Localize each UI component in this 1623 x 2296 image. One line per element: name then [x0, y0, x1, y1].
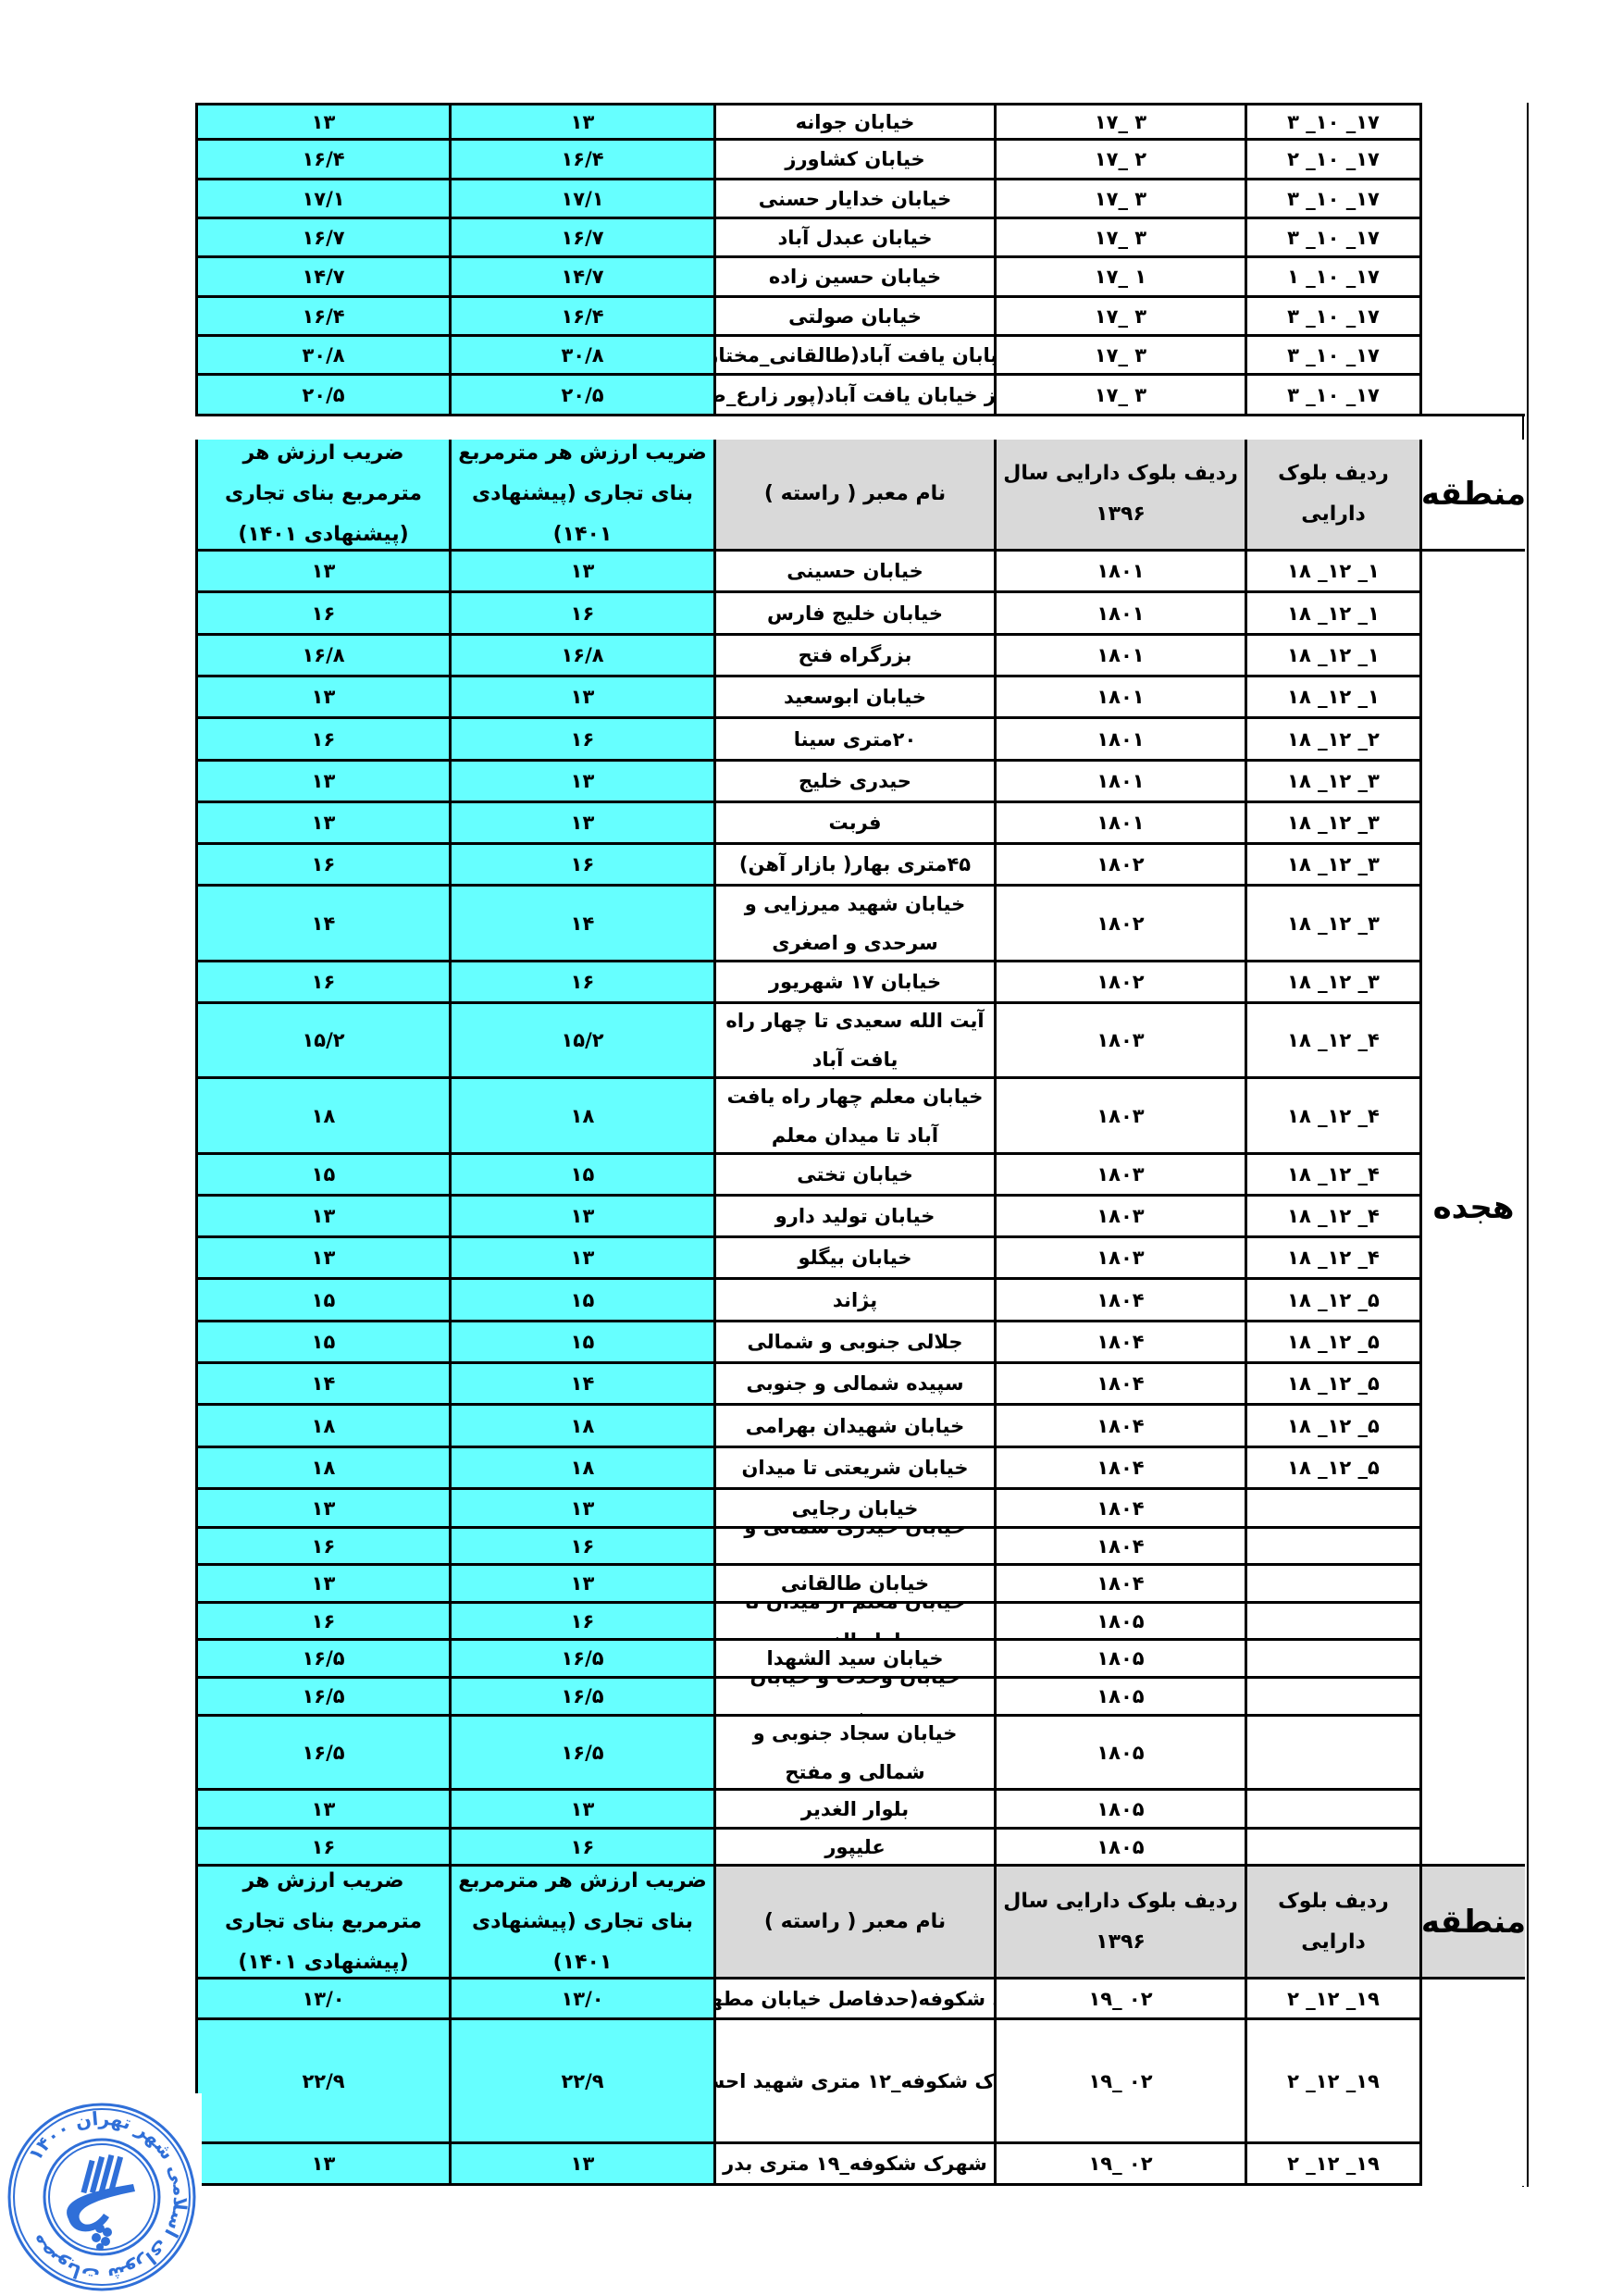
block-row: ۲ _۱۲ _۱۹: [1247, 2020, 1422, 2144]
coef-value-a: ۱۴: [195, 1364, 452, 1406]
coef-value-b: ۱۴: [452, 887, 716, 962]
street-name: جلالی جنوبی و شمالی: [716, 1322, 997, 1364]
coef-value-a: ۱۵: [195, 1322, 452, 1364]
stamp-seal-icon: مصوبات شورای اسلامی شهر تهران ۱۴۰۰: [4, 2099, 200, 2295]
coef-value-a: ۱۳: [195, 677, 452, 719]
table-row: ۱۸۱۸خیابان شهیدان بهرامی۱۸۰۴۱۸ _۱۲ _۵: [195, 1406, 1422, 1448]
block-row: [1247, 1641, 1422, 1679]
coef-value-a: ۱۳/۰: [195, 1980, 452, 2020]
coef-value-b: ۱۳: [452, 1238, 716, 1280]
coef-value-b: ۱۳: [452, 1791, 716, 1830]
street-name: حیدری خلیج: [716, 762, 997, 803]
coef-value-a: ۲۲/۹: [195, 2020, 452, 2144]
coef-value-b: ۱۸: [452, 1448, 716, 1490]
street-name: خیابان ابوسعید: [716, 677, 997, 719]
table-row: ۱۶۱۶خیابان ۱۷ شهریور۱۸۰۲۱۸ _۱۲ _۳: [195, 962, 1422, 1004]
block-row: [1247, 1566, 1422, 1604]
coef-value-a: ۱۶: [195, 593, 452, 636]
table-row: ۱۶۱۶۲۰متری سینا۱۸۰۱۱۸ _۱۲ _۲: [195, 719, 1422, 762]
block-row: ۲ _۱۰ _۱۷: [1247, 141, 1422, 180]
block-row-1396: ۱۷_ ۳: [997, 180, 1247, 219]
street-name: خیابان تولید دارو: [716, 1197, 997, 1238]
coef-value-b: ۱۳/۰: [452, 1980, 716, 2020]
block-row: ۳ _۱۰ _۱۷: [1247, 376, 1422, 416]
block-row: ۱ _۱۰ _۱۷: [1247, 258, 1422, 298]
coef-value-a: ۱۷/۱: [195, 180, 452, 219]
council-stamp: مصوبات شورای اسلامی شهر تهران ۱۴۰۰: [0, 2093, 202, 2296]
coef-value-a: ۱۵: [195, 1155, 452, 1197]
block-row: ۱۸ _۱۲ _۵: [1247, 1280, 1422, 1322]
block-row: ۱۸ _۱۲ _۱: [1247, 593, 1422, 636]
table-row: ۱۳۱۳خیابان جوانه۱۷_ ۳۳ _۱۰ _۱۷: [195, 103, 1422, 141]
coef-value-a: ۱۸: [195, 1406, 452, 1448]
block-row: ۱۸ _۱۲ _۴: [1247, 1004, 1422, 1079]
block-row-1396: ۱۷_ ۳: [997, 219, 1247, 258]
table-row: ۲۲/۹۲۲/۹شهرک شکوفه_۱۲ متری شهید احسانی۱۹…: [195, 2020, 1422, 2144]
block-row: ۱۸ _۱۲ _۳: [1247, 762, 1422, 803]
coef-value-b: ۱۶/۵: [452, 1717, 716, 1791]
street-name: خیابان صولتی: [716, 298, 997, 337]
block-row-1396: ۱۸۰۴: [997, 1566, 1247, 1604]
header-coef-b: ضریب ارزش هر مترمربع بنای تجاری (پیشنهاد…: [452, 440, 716, 552]
coef-value-a: ۱۳: [195, 1238, 452, 1280]
header-block-row-1396: ردیف بلوک دارایی سال ۱۳۹۶: [997, 1867, 1247, 1980]
block-row-1396: ۱۷_ ۱: [997, 258, 1247, 298]
block-row: ۳ _۱۰ _۱۷: [1247, 180, 1422, 219]
block-row: ۳ _۱۰ _۱۷: [1247, 219, 1422, 258]
table-row: ۱۶۱۶۴۵متری بهار( بازار آهن)۱۸۰۲۱۸ _۱۲ _۳: [195, 845, 1422, 887]
block-row-1396: ۱۸۰۴: [997, 1364, 1247, 1406]
block-row: [1247, 1679, 1422, 1717]
block-row: ۳ _۱۰ _۱۷: [1247, 298, 1422, 337]
coef-value-b: ۱۳: [452, 552, 716, 593]
table-row: ۱۶/۵۱۶/۵خیابان سجاد جنوبی و شمالی و مفتح…: [195, 1717, 1422, 1791]
street-name: خیابان تختی: [716, 1155, 997, 1197]
street-name: خیابان خدایار حسنی: [716, 180, 997, 219]
table-row: ۱۵۱۵خیابان تختی۱۸۰۳۱۸ _۱۲ _۴: [195, 1155, 1422, 1197]
coef-value-a: ۱۳: [195, 1791, 452, 1830]
block-row-1396: ۱۸۰۱: [997, 677, 1247, 719]
table-row: ۱۳/۰۱۳/۰تری شکوفه(حدفاصل خیابان مطهری۱۹_…: [195, 1980, 1422, 2020]
coef-value-a: ۱۶/۵: [195, 1679, 452, 1717]
block-row-1396: ۱۹_ ۰۲: [997, 2144, 1247, 2186]
street-name: خیابان جوانه: [716, 103, 997, 141]
block-row-1396: ۱۹_ ۰۲: [997, 2020, 1247, 2144]
header-row: ضریب ارزش هر مترمربع بنای تجاری (پیشنهاد…: [195, 1867, 1422, 1980]
block-row-1396: ۱۷_ ۲: [997, 141, 1247, 180]
block-row-1396: ۱۸۰۳: [997, 1238, 1247, 1280]
block-row-1396: ۱۸۰۴: [997, 1280, 1247, 1322]
street-name: تری شکوفه(حدفاصل خیابان مطهری: [716, 1980, 997, 2020]
table-row: ۱۶/۸۱۶/۸بزرگراه فتح۱۸۰۱۱۸ _۱۲ _۱: [195, 636, 1422, 677]
zone-cell: هجده: [1422, 552, 1525, 1867]
street-name: آیت الله سعیدی تا چهار راه یافت آباد: [716, 1004, 997, 1079]
table-row: ۱۳۱۳خیابان تولید دارو۱۸۰۳۱۸ _۱۲ _۴: [195, 1197, 1422, 1238]
table-row: ۱۶۱۶خیابان خلیج فارس۱۸۰۱۱۸ _۱۲ _۱: [195, 593, 1422, 636]
table-row: ۱۶۱۶خیابان حیدری شمالی و جنوبی۱۸۰۴: [195, 1529, 1422, 1566]
coef-value-a: ۱۳: [195, 1490, 452, 1529]
block-row: ۱۸ _۱۲ _۵: [1247, 1364, 1422, 1406]
street-name: خیابان وحدت و خیابان صنعت: [716, 1679, 997, 1717]
header-block-row: ردیف بلوک دارایی: [1247, 1867, 1422, 1980]
block-row: ۱۸ _۱۲ _۱: [1247, 677, 1422, 719]
block-row: [1247, 1529, 1422, 1566]
block-row-1396: ۱۷_ ۳: [997, 337, 1247, 376]
street-name: خیابان حسینی: [716, 552, 997, 593]
block-row: ۳ _۱۰ _۱۷: [1247, 337, 1422, 376]
block-row: ۱۸ _۱۲ _۴: [1247, 1238, 1422, 1280]
street-name: خیابان معلم چهار راه یافت آباد تا میدان …: [716, 1079, 997, 1155]
table-row: ۱۸۱۸خیابان شریعتی تا میدان۱۸۰۴۱۸ _۱۲ _۵: [195, 1448, 1422, 1490]
coef-value-b: ۱۴: [452, 1364, 716, 1406]
coef-value-b: ۱۶: [452, 962, 716, 1004]
table-row: ۱۳۱۳خیابان بیگلو۱۸۰۳۱۸ _۱۲ _۴: [195, 1238, 1422, 1280]
block-row-1396: ۱۸۰۴: [997, 1448, 1247, 1490]
table-row: ۱۵/۲۱۵/۲آیت الله سعیدی تا چهار راه یافت …: [195, 1004, 1422, 1079]
block-row: [1247, 1717, 1422, 1791]
street-name: فربت: [716, 803, 997, 845]
table-row: ۳۰/۸۳۰/۸ز خیابان یافت آباد(طالقانی_مختار…: [195, 337, 1422, 376]
table-row: ۱۳۱۳حیدری خلیج۱۸۰۱۱۸ _۱۲ _۳: [195, 762, 1422, 803]
block-row-1396: ۱۸۰۳: [997, 1004, 1247, 1079]
block-row-1396: ۱۸۰۳: [997, 1197, 1247, 1238]
block-row: [1247, 1830, 1422, 1867]
table-row: ۱۶/۷۱۶/۷خیابان عبدل آباد۱۷_ ۳۳ _۱۰ _۱۷: [195, 219, 1422, 258]
street-name: خیابان بیگلو: [716, 1238, 997, 1280]
coef-value-b: ۱۳: [452, 803, 716, 845]
coef-value-b: ۲۰/۵: [452, 376, 716, 416]
coef-value-a: ۱۳: [195, 803, 452, 845]
street-name: علیپور: [716, 1830, 997, 1867]
street-name: خیابان طالقانی: [716, 1566, 997, 1604]
block-row: ۱۸ _۱۲ _۳: [1247, 845, 1422, 887]
block-row-1396: ۱۸۰۱: [997, 636, 1247, 677]
coef-value-b: ۳۰/۸: [452, 337, 716, 376]
block-row-1396: ۱۸۰۴: [997, 1529, 1247, 1566]
coef-value-a: ۱۳: [195, 2144, 452, 2186]
coef-value-a: ۱۳: [195, 1197, 452, 1238]
coef-value-a: ۱۸: [195, 1448, 452, 1490]
block-row-1396: ۱۷_ ۳: [997, 376, 1247, 416]
coef-value-b: ۱۸: [452, 1079, 716, 1155]
coef-value-b: ۱۶/۸: [452, 636, 716, 677]
street-name: شهرک شکوفه_۱۹ متری بدر: [716, 2144, 997, 2186]
coef-value-b: ۱۶: [452, 1529, 716, 1566]
coef-value-a: ۱۶/۴: [195, 298, 452, 337]
header-coef-b: ضریب ارزش هر مترمربع بنای تجاری (پیشنهاد…: [452, 1867, 716, 1980]
coef-value-b: ۱۳: [452, 2144, 716, 2186]
coef-value-a: ۱۶/۵: [195, 1717, 452, 1791]
block-row-1396: ۱۸۰۱: [997, 593, 1247, 636]
table-row: ۱۳۱۳شهرک شکوفه_۱۹ متری بدر۱۹_ ۰۲۲ _۱۲ _۱…: [195, 2144, 1422, 2186]
block-row: ۱۸ _۱۲ _۱: [1247, 636, 1422, 677]
coef-value-a: ۱۶/۵: [195, 1641, 452, 1679]
coef-value-a: ۱۴/۷: [195, 258, 452, 298]
coef-value-a: ۱۴: [195, 887, 452, 962]
block-row-1396: ۱۸۰۵: [997, 1830, 1247, 1867]
table-row: ۱۶۱۶خیابان معلم از میدان تا بلوار الغدیر…: [195, 1604, 1422, 1641]
coef-value-b: ۱۴/۷: [452, 258, 716, 298]
coef-value-a: ۱۶: [195, 1529, 452, 1566]
block-row-1396: ۱۸۰۲: [997, 845, 1247, 887]
coef-value-a: ۱۳: [195, 103, 452, 141]
block-row-1396: ۱۷_ ۳: [997, 298, 1247, 337]
coef-value-b: ۲۲/۹: [452, 2020, 716, 2144]
table-row: ۱۶/۴۱۶/۴خیابان کشاورز۱۷_ ۲۲ _۱۰ _۱۷: [195, 141, 1422, 180]
coef-value-b: ۱۶/۵: [452, 1679, 716, 1717]
block-row-1396: ۱۸۰۵: [997, 1641, 1247, 1679]
block-row-1396: ۱۸۰۱: [997, 762, 1247, 803]
coef-value-a: ۳۰/۸: [195, 337, 452, 376]
table-row: ۱۵۱۵جلالی جنوبی و شمالی۱۸۰۴۱۸ _۱۲ _۵: [195, 1322, 1422, 1364]
coef-value-b: ۱۳: [452, 762, 716, 803]
block-row-1396: ۱۹_ ۰۲: [997, 1980, 1247, 2020]
coef-value-b: ۱۶: [452, 1830, 716, 1867]
block-row-1396: ۱۸۰۴: [997, 1406, 1247, 1448]
outer-border-line-2: [1527, 103, 1529, 2187]
street-name: خیابان شریعتی تا میدان: [716, 1448, 997, 1490]
coef-value-a: ۱۶/۸: [195, 636, 452, 677]
table-row: ۱۶۱۶علیپور۱۸۰۵: [195, 1830, 1422, 1867]
table-row: ۲۰/۵۲۰/۵ب از خیابان یافت آباد(پور زارع_ص…: [195, 376, 1422, 416]
coef-value-a: ۱۸: [195, 1079, 452, 1155]
block-row-1396: ۱۸۰۵: [997, 1791, 1247, 1830]
coef-value-a: ۱۳: [195, 1566, 452, 1604]
street-name: خیابان شهیدان بهرامی: [716, 1406, 997, 1448]
block-row: ۱۸ _۱۲ _۳: [1247, 803, 1422, 845]
coef-value-a: ۱۶/۴: [195, 141, 452, 180]
table-row: ۱۶/۵۱۶/۵خیابان وحدت و خیابان صنعت۱۸۰۵: [195, 1679, 1422, 1717]
block-row: ۲ _۱۲ _۱۹: [1247, 2144, 1422, 2186]
table-row: ۱۳۱۳خیابان حسینی۱۸۰۱۱۸ _۱۲ _۱: [195, 552, 1422, 593]
block-row: ۱۸ _۱۲ _۳: [1247, 887, 1422, 962]
street-name-text: ب از خیابان یافت آباد(پور زارع_صفر: [716, 376, 997, 415]
coef-value-b: ۱۶/۴: [452, 141, 716, 180]
table-row: ۱۳۱۳بلوار الغدیر۱۸۰۵: [195, 1791, 1422, 1830]
block-row-1396: ۱۸۰۲: [997, 887, 1247, 962]
coef-value-a: ۱۶: [195, 719, 452, 762]
coef-value-b: ۱۶: [452, 719, 716, 762]
coef-value-a: ۱۳: [195, 762, 452, 803]
street-name: ب از خیابان یافت آباد(پور زارع_صفر: [716, 376, 997, 416]
street-name-text: ز خیابان یافت آباد(طالقانی_مختاری_: [716, 337, 997, 375]
coef-value-a: ۱۶: [195, 1830, 452, 1867]
block-row: [1247, 1604, 1422, 1641]
coef-value-b: ۱۵: [452, 1155, 716, 1197]
block-row-1396: ۱۸۰۵: [997, 1717, 1247, 1791]
block-row: ۱۸ _۱۲ _۵: [1247, 1448, 1422, 1490]
block-row: ۱۸ _۱۲ _۵: [1247, 1406, 1422, 1448]
table-row: ۱۸۱۸خیابان معلم چهار راه یافت آباد تا می…: [195, 1079, 1422, 1155]
coef-value-a: ۱۵/۲: [195, 1004, 452, 1079]
block-row: ۱۸ _۱۲ _۵: [1247, 1322, 1422, 1364]
block-row-1396: ۱۸۰۱: [997, 552, 1247, 593]
header-coef-a: ضریب ارزش هر مترمربع بنای تجاری (پیشنهاد…: [195, 440, 452, 552]
coef-value-a: ۱۵: [195, 1280, 452, 1322]
street-name: خیابان سید الشهدا: [716, 1641, 997, 1679]
block-row-1396: ۱۷_ ۳: [997, 103, 1247, 141]
street-name: خیابان کشاورز: [716, 141, 997, 180]
coef-value-b: ۱۶/۵: [452, 1641, 716, 1679]
table-row: ۱۳۱۳خیابان طالقانی۱۸۰۴: [195, 1566, 1422, 1604]
street-name: ز خیابان یافت آباد(طالقانی_مختاری_: [716, 337, 997, 376]
street-name: خیابان سجاد جنوبی و شمالی و مفتح: [716, 1717, 997, 1791]
block-row: ۱۸ _۱۲ _۲: [1247, 719, 1422, 762]
coef-value-b: ۱۳: [452, 677, 716, 719]
block-row: [1247, 1490, 1422, 1529]
street-name: خیابان شهید میرزایی و سرحدی و اصغری: [716, 887, 997, 962]
street-name: خیابان معلم از میدان تا بلوار الغدیر: [716, 1604, 997, 1641]
coef-value-b: ۱۳: [452, 1197, 716, 1238]
block-row: ۱۸ _۱۲ _۱: [1247, 552, 1422, 593]
street-name: خیابان رجایی: [716, 1490, 997, 1529]
block-row-1396: ۱۸۰۳: [997, 1079, 1247, 1155]
header-row: ضریب ارزش هر مترمربع بنای تجاری (پیشنهاد…: [195, 440, 1422, 552]
coef-value-b: ۱۸: [452, 1406, 716, 1448]
coef-value-b: ۱۶/۷: [452, 219, 716, 258]
coef-value-a: ۱۳: [195, 552, 452, 593]
block-row: ۱۸ _۱۲ _۴: [1247, 1155, 1422, 1197]
coef-value-b: ۱۶: [452, 1604, 716, 1641]
zone-cell: [1422, 103, 1525, 416]
table-row: ۱۳۱۳فربت۱۸۰۱۱۸ _۱۲ _۳: [195, 803, 1422, 845]
coef-value-a: ۱۶: [195, 1604, 452, 1641]
street-name: شهرک شکوفه_۱۲ متری شهید احسانی: [716, 2020, 997, 2144]
table-row: ۱۴/۷۱۴/۷خیابان حسین زاده۱۷_ ۱۱ _۱۰ _۱۷: [195, 258, 1422, 298]
block-row-1396: ۱۸۰۱: [997, 719, 1247, 762]
table-row: ۱۶/۴۱۶/۴خیابان صولتی۱۷_ ۳۳ _۱۰ _۱۷: [195, 298, 1422, 337]
coef-value-a: ۱۶: [195, 845, 452, 887]
header-block-row-1396: ردیف بلوک دارایی سال ۱۳۹۶: [997, 440, 1247, 552]
table-row: ۱۷/۱۱۷/۱خیابان خدایار حسنی۱۷_ ۳۳ _۱۰ _۱۷: [195, 180, 1422, 219]
street-name: خیابان خلیج فارس: [716, 593, 997, 636]
coef-value-b: ۱۵: [452, 1322, 716, 1364]
block-row-1396: ۱۸۰۴: [997, 1490, 1247, 1529]
coef-value-b: ۱۳: [452, 1490, 716, 1529]
block-row-1396: ۱۸۰۵: [997, 1679, 1247, 1717]
block-row-1396: ۱۸۰۳: [997, 1155, 1247, 1197]
block-row: ۲ _۱۲ _۱۹: [1247, 1980, 1422, 2020]
block-row: ۱۸ _۱۲ _۴: [1247, 1079, 1422, 1155]
header-coef-a: ضریب ارزش هر مترمربع بنای تجاری (پیشنهاد…: [195, 1867, 452, 1980]
coef-value-b: ۱۶/۴: [452, 298, 716, 337]
coef-value-b: ۱۵/۲: [452, 1004, 716, 1079]
street-name: ۴۵متری بهار( بازار آهن): [716, 845, 997, 887]
street-name: ۲۰متری سینا: [716, 719, 997, 762]
zone-cell: [1422, 1980, 1525, 2186]
street-name: خیابان حسین زاده: [716, 258, 997, 298]
table-row: ۱۳۱۳خیابان رجایی۱۸۰۴: [195, 1490, 1422, 1529]
header-block-row: ردیف بلوک دارایی: [1247, 440, 1422, 552]
header-zone: منطقه: [1422, 1867, 1525, 1980]
street-name: پژاند: [716, 1280, 997, 1322]
table-row: ۱۴۱۴سپیده شمالی و جنوبی۱۸۰۴۱۸ _۱۲ _۵: [195, 1364, 1422, 1406]
block-row: ۳ _۱۰ _۱۷: [1247, 103, 1422, 141]
header-zone: منطقه: [1422, 440, 1525, 552]
table-row: ۱۳۱۳خیابان ابوسعید۱۸۰۱۱۸ _۱۲ _۱: [195, 677, 1422, 719]
block-row: [1247, 1791, 1422, 1830]
block-row-1396: ۱۸۰۴: [997, 1322, 1247, 1364]
street-name: خیابان عبدل آباد: [716, 219, 997, 258]
coef-value-b: ۱۷/۱: [452, 180, 716, 219]
coef-value-b: ۱۵: [452, 1280, 716, 1322]
coef-value-a: ۱۶: [195, 962, 452, 1004]
header-street-name: نام معبر ( راسته ): [716, 1867, 997, 1980]
coef-value-a: ۱۶/۷: [195, 219, 452, 258]
street-name-text: تری شکوفه(حدفاصل خیابان مطهری: [716, 1980, 997, 2018]
block-row-1396: ۱۸۰۵: [997, 1604, 1247, 1641]
block-row: ۱۸ _۱۲ _۳: [1247, 962, 1422, 1004]
table-row: ۱۵۱۵پژاند۱۸۰۴۱۸ _۱۲ _۵: [195, 1280, 1422, 1322]
coef-value-b: ۱۳: [452, 103, 716, 141]
coef-value-a: ۲۰/۵: [195, 376, 452, 416]
block-row-1396: ۱۸۰۲: [997, 962, 1247, 1004]
street-name: بزرگراه فتح: [716, 636, 997, 677]
table-row: ۱۴۱۴خیابان شهید میرزایی و سرحدی و اصغری۱…: [195, 887, 1422, 962]
coef-value-b: ۱۶: [452, 593, 716, 636]
table-row: ۱۶/۵۱۶/۵خیابان سید الشهدا۱۸۰۵: [195, 1641, 1422, 1679]
street-name: خیابان حیدری شمالی و جنوبی: [716, 1529, 997, 1566]
street-name: بلوار الغدیر: [716, 1791, 997, 1830]
block-row-1396: ۱۸۰۱: [997, 803, 1247, 845]
coef-value-b: ۱۳: [452, 1566, 716, 1604]
header-street-name: نام معبر ( راسته ): [716, 440, 997, 552]
street-name: خیابان ۱۷ شهریور: [716, 962, 997, 1004]
coef-value-b: ۱۶: [452, 845, 716, 887]
street-name: سپیده شمالی و جنوبی: [716, 1364, 997, 1406]
block-row: ۱۸ _۱۲ _۴: [1247, 1197, 1422, 1238]
street-name-text: شهرک شکوفه_۱۲ متری شهید احسانی: [716, 2062, 997, 2101]
